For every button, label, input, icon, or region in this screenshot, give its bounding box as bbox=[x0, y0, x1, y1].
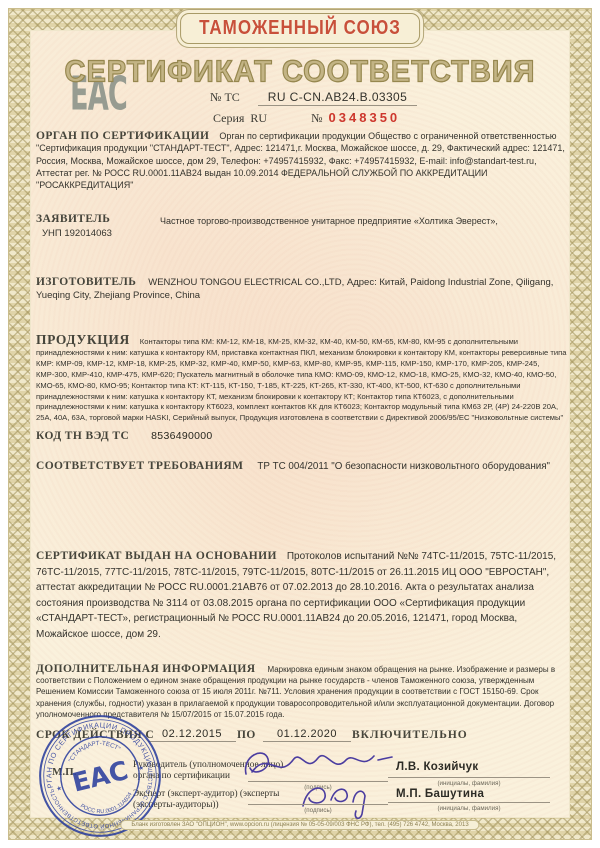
section-issued-basis-text: Протоколов испытаний №№ 74ТС-11/2015, 75… bbox=[36, 551, 556, 640]
section-manufacturer: ИЗГОТОВИТЕЛЬWENZHOU TONGOU ELECTRICAL CO… bbox=[36, 276, 566, 302]
section-tnved-label: КОД ТН ВЭД ТС bbox=[36, 430, 129, 442]
section-certification-body-label: ОРГАН ПО СЕРТИФИКАЦИИ bbox=[36, 130, 209, 142]
expert-name-caption: (инициалы, фамилия) bbox=[388, 805, 550, 812]
series-region: RU bbox=[250, 111, 267, 125]
section-products-text: Контакторы типа КМ: КМ-12, КМ-18, КМ-25,… bbox=[36, 337, 566, 422]
applicant-unp: УНП 192014063 bbox=[42, 228, 112, 239]
series-label: Серия bbox=[213, 111, 244, 125]
certificate-number-line: № ТСRU C-CN.AB24.B.03305 bbox=[210, 90, 417, 105]
expert-signature-line bbox=[248, 804, 388, 805]
certificate-page: EAC ТАМОЖЕННЫЙ СОЮЗ СЕРТИФИКАТ СООТВЕТСТ… bbox=[0, 0, 600, 848]
expert-name-line bbox=[388, 802, 550, 803]
validity-inclusive-label: ВКЛЮЧИТЕЛЬНО bbox=[352, 729, 468, 741]
section-additional-info-label: ДОПОЛНИТЕЛЬНАЯ ИНФОРМАЦИЯ bbox=[36, 663, 255, 675]
expert-signature-caption: (подпись) bbox=[248, 807, 388, 814]
blank-manufacturer-fine-print: Бланк изготовлен ЗАО "ОПЦИОН", www.opcio… bbox=[120, 820, 479, 830]
tnved-code-value: 8536490000 bbox=[151, 430, 212, 442]
head-name-caption: (инициалы, фамилия) bbox=[388, 780, 550, 787]
head-name-line bbox=[388, 777, 550, 778]
section-products: ПРОДУКЦИЯКонтакторы типа КМ: КМ-12, КМ-1… bbox=[36, 335, 569, 424]
section-applicant-label: ЗАЯВИТЕЛЬ bbox=[36, 213, 110, 225]
stamp-star-right: ★ bbox=[138, 764, 145, 772]
series-line: СерияRU№0348350 bbox=[213, 110, 400, 126]
head-name: Л.В. Козийчук bbox=[396, 761, 546, 773]
section-tnved-code: КОД ТН ВЭД ТС8536490000 bbox=[36, 430, 213, 442]
section-products-label: ПРОДУКЦИЯ bbox=[36, 332, 130, 347]
series-number: 0348350 bbox=[329, 110, 401, 125]
customs-union-banner: ТАМОЖЕННЫЙ СОЮЗ bbox=[180, 13, 420, 44]
section-compliance-label: СООТВЕТСТВУЕТ ТРЕБОВАНИЯМ bbox=[36, 460, 243, 472]
validity-po-label: ПО bbox=[237, 729, 256, 741]
expert-name: М.П. Башутина bbox=[396, 788, 546, 800]
section-compliance: СООТВЕТСТВУЕТ ТРЕБОВАНИЯМТР ТС 004/2011 … bbox=[36, 460, 558, 474]
validity-date-to: 01.12.2020 bbox=[263, 728, 351, 742]
cert-no-value: RU C-CN.AB24.B.03305 bbox=[258, 90, 417, 106]
series-no-sign: № bbox=[311, 111, 322, 125]
section-certification-body: ОРГАН ПО СЕРТИФИКАЦИИОрган по сертификац… bbox=[36, 130, 566, 191]
section-manufacturer-label: ИЗГОТОВИТЕЛЬ bbox=[36, 276, 136, 288]
validity-date-from: 02.12.2015 bbox=[148, 728, 236, 742]
customs-union-text: ТАМОЖЕННЫЙ СОЮЗ bbox=[199, 16, 401, 40]
section-compliance-text: ТР ТС 004/2011 "О безопасности низковоль… bbox=[257, 461, 550, 472]
stamp-eac-text: ЕАС bbox=[69, 756, 131, 799]
section-issued-basis: СЕРТИФИКАТ ВЫДАН НА ОСНОВАНИИПротоколов … bbox=[36, 549, 568, 643]
cert-no-label: № ТС bbox=[210, 90, 240, 104]
certificate-title: СЕРТИФИКАТ СООТВЕТСТВИЯ bbox=[0, 55, 600, 90]
section-issued-basis-label: СЕРТИФИКАТ ВЫДАН НА ОСНОВАНИИ bbox=[36, 550, 277, 562]
section-applicant-text: Частное торгово-производственное унитарн… bbox=[160, 215, 564, 227]
expert-signature-scribble bbox=[295, 780, 385, 822]
